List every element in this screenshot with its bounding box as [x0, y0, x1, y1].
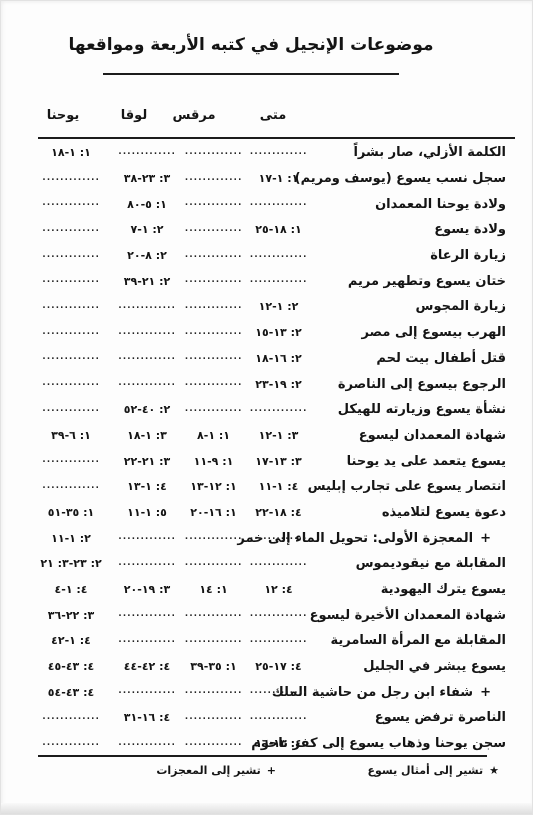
empty-leader: ................. — [185, 712, 243, 724]
mark-cell: ................. — [181, 198, 246, 210]
scripture-reference: ٤: ١-١٣ — [127, 480, 167, 493]
scripture-reference: ٢: ٨-٢٠ — [127, 249, 167, 262]
topic-label: انتصار يسوع على تجارب إبليس — [308, 479, 506, 494]
empty-leader: ................. — [185, 173, 243, 185]
john-cell: ................. — [29, 250, 113, 262]
topic-label: سجل نسب يسوع (يوسف ومريم) — [295, 171, 506, 186]
scripture-reference: ٣: ١٩-٢٠ — [124, 583, 170, 596]
topic-cell: ولادة يوحنا المعمدان — [311, 197, 506, 212]
empty-leader: ................. — [250, 198, 308, 210]
scripture-reference: ٢: ١-٧ — [131, 223, 164, 236]
matthew-cell: ٤: ١٢ — [246, 583, 311, 596]
luke-cell: ٥: ١-١١ — [113, 506, 181, 519]
matthew-cell: ١: ١-١٧ — [246, 172, 311, 185]
scripture-reference: ١: ١٨-٢٥ — [255, 223, 301, 236]
topic-label: يسوع يتعمد على يد يوحنا — [347, 454, 506, 469]
empty-leader: ................. — [42, 327, 100, 339]
scripture-reference: ٢: ١-١٢ — [259, 300, 299, 313]
john-cell: ................. — [29, 455, 113, 467]
scripture-reference: ٣: ٢٢-٣٦ — [48, 609, 94, 622]
table-row: + شفاء ابن رجل من حاشية الملك ..........… — [29, 679, 506, 705]
scripture-reference: ٤: ١-٤ — [55, 583, 88, 596]
john-cell: ................. — [29, 198, 113, 210]
scripture-reference: ٢: ٢١-٣٩ — [124, 275, 170, 288]
john-cell: ٢: ٢٣-٣: ٢١ — [29, 557, 113, 570]
table-row: ولادة يسوع ١: ١٨-٢٥ ................. ٢:… — [29, 217, 506, 243]
scan-edge-shadow — [1, 803, 532, 814]
table-row: ولادة يوحنا المعمدان ................. .… — [29, 191, 506, 217]
table-top-rule — [38, 137, 515, 139]
column-header-matthew: متى — [260, 108, 287, 123]
topic-label: الناصرة ترفض يسوع — [375, 710, 506, 725]
scripture-reference: ٤: ١٢ — [264, 583, 292, 596]
empty-leader: ................. — [42, 481, 100, 493]
topic-label: قتل أطفال بيت لحم — [376, 351, 506, 366]
matthew-cell: ................. — [246, 275, 311, 287]
empty-leader: ................. — [250, 250, 308, 262]
topic-cell: شهادة المعمدان ليسوع — [311, 428, 506, 443]
topic-label: المقابلة مع المرأة السامرية — [331, 633, 507, 648]
mark-cell: ١: ١-٨ — [181, 429, 246, 442]
empty-leader: ................. — [185, 532, 243, 544]
table-row: + المعجزة الأولى: تحويل الماء إلى خمر ..… — [29, 525, 506, 551]
scripture-reference: ٢: ١-١١ — [51, 532, 91, 545]
table-row: سجن يوحنا وذهاب يسوع إلى كفر ناحوم ٤: ١٣… — [29, 731, 506, 757]
table-row: المقابلة مع المرأة السامرية ............… — [29, 628, 506, 654]
star-icon: ★ — [489, 764, 499, 777]
mark-cell: ................. — [181, 712, 246, 724]
john-cell: ................. — [29, 404, 113, 416]
luke-cell: ٢: ٨-٢٠ — [113, 249, 181, 262]
scripture-reference: ٣: ٢٣-٣٨ — [124, 172, 170, 185]
john-cell: ................. — [29, 173, 113, 185]
john-cell: ١: ١-١٨ — [29, 146, 113, 159]
john-cell: ٣: ٢٢-٣٦ — [29, 609, 113, 622]
scripture-reference: ٤: ٤٣-٥٤ — [48, 686, 94, 699]
scripture-reference: ٢: ٤٠-٥٢ — [124, 403, 170, 416]
mark-cell: ................. — [181, 558, 246, 570]
table-row: شهادة المعمدان الأخيرة ليسوع ...........… — [29, 602, 506, 628]
topic-label: نشأة يسوع وزيارته للهيكل — [338, 402, 506, 417]
empty-leader: ................. — [118, 327, 176, 339]
topic-cell: يسوع يترك اليهودية — [311, 582, 506, 597]
topic-cell: قتل أطفال بيت لحم — [311, 351, 506, 366]
john-cell: ٤: ١-٤ — [29, 583, 113, 596]
john-cell: ٢: ١-١١ — [29, 532, 113, 545]
matthew-cell: ٤: ١٨-٢٢ — [246, 506, 311, 519]
empty-leader: ................. — [42, 378, 100, 390]
table-row: دعوة يسوع لتلاميذه ٤: ١٨-٢٢ ١: ١٦-٢٠ ٥: … — [29, 500, 506, 526]
empty-leader: ................. — [185, 404, 243, 416]
luke-cell: ٣: ١-١٨ — [113, 429, 181, 442]
topic-cell: سجن يوحنا وذهاب يسوع إلى كفر ناحوم — [311, 736, 506, 751]
empty-leader: ................. — [250, 558, 308, 570]
luke-cell: ................. — [113, 738, 181, 750]
empty-leader: ................. — [42, 455, 100, 467]
table-row: زيارة الرعاة ................. .........… — [29, 243, 506, 269]
topic-cell: + المعجزة الأولى: تحويل الماء إلى خمر — [311, 531, 506, 546]
topic-cell: الكلمة الأزلي، صار بشراً — [311, 145, 506, 160]
scripture-reference: ٤: ١٨-٢٢ — [255, 506, 301, 519]
table-row: يسوع يتعمد على يد يوحنا ٣: ١٣-١٧ ١: ٩-١١… — [29, 448, 506, 474]
luke-cell: ................. — [113, 352, 181, 364]
luke-cell: ٤: ٤٢-٤٤ — [113, 660, 181, 673]
topic-cell: المقابلة مع نيقوديموس — [311, 556, 506, 571]
scripture-reference: ٤: ١٧-٢٥ — [255, 660, 301, 673]
luke-cell: ٣: ١٩-٢٠ — [113, 583, 181, 596]
matthew-cell: ٣: ١-١٢ — [246, 429, 311, 442]
table-row: نشأة يسوع وزيارته للهيكل ...............… — [29, 397, 506, 423]
scripture-reference: ٣: ١-١٢ — [259, 429, 299, 442]
scripture-reference: ١: ١-٨ — [197, 429, 230, 442]
luke-cell: ٣: ٢١-٢٢ — [113, 455, 181, 468]
mark-cell: ................. — [181, 378, 246, 390]
table-row: يسوع يبشر في الجليل ٤: ١٧-٢٥ ١: ٣٥-٣٩ ٤:… — [29, 654, 506, 680]
gospel-topics-table: الكلمة الأزلي، صار بشراً ...............… — [29, 140, 506, 757]
column-header-john: يوحنا — [47, 108, 80, 123]
mark-cell: ................. — [181, 275, 246, 287]
scripture-reference: ١: ١-١٨ — [51, 146, 91, 159]
empty-leader: ................. — [185, 147, 243, 159]
luke-cell: ................. — [113, 609, 181, 621]
empty-leader: ................. — [42, 198, 100, 210]
scripture-reference: ٢: ٢٣-٣: ٢١ — [40, 557, 101, 570]
empty-leader: ................. — [250, 609, 308, 621]
scripture-reference: ٢: ١٦-١٨ — [255, 352, 301, 365]
luke-cell: ٢: ١-٧ — [113, 223, 181, 236]
scripture-reference: ٢: ١٣-١٥ — [255, 326, 301, 339]
footnote-parables-text: تشير إلى أمثال يسوع — [367, 764, 483, 777]
mark-cell: ................. — [181, 173, 246, 185]
john-cell: ................. — [29, 327, 113, 339]
topic-label: الهرب بيسوع إلى مصر — [361, 325, 506, 340]
john-cell: ٤: ١-٤٢ — [29, 634, 113, 647]
scripture-reference: ٤: ١-١١ — [259, 480, 299, 493]
matthew-cell: ................. — [246, 712, 311, 724]
scripture-reference: ١: ٣٥-٥١ — [48, 506, 94, 519]
scripture-reference: ٥: ١-١١ — [127, 506, 167, 519]
topic-cell: الناصرة ترفض يسوع — [311, 710, 506, 725]
matthew-cell: ................. — [246, 250, 311, 262]
empty-leader: ................. — [185, 275, 243, 287]
scripture-reference: ١: ٣٥-٣٩ — [190, 660, 236, 673]
matthew-cell: ٢: ١٩-٢٣ — [246, 378, 311, 391]
luke-cell: ................. — [113, 327, 181, 339]
matthew-cell: ٤: ١٧-٢٥ — [246, 660, 311, 673]
john-cell: ................. — [29, 378, 113, 390]
column-header-luke: لوقا — [121, 108, 147, 123]
luke-cell: ٢: ٤٠-٥٢ — [113, 403, 181, 416]
empty-leader: ................. — [118, 532, 176, 544]
matthew-cell: ................. — [246, 147, 311, 159]
mark-cell: ................. — [181, 301, 246, 313]
topic-cell: الرجوع بيسوع إلى الناصرة — [311, 377, 506, 392]
empty-leader: ................. — [185, 609, 243, 621]
scripture-reference: ١: ١-١٧ — [259, 172, 299, 185]
footnote-miracles: +تشير إلى المعجزات — [156, 764, 276, 777]
matthew-cell: ................. — [246, 635, 311, 647]
mark-cell: ١: ٩-١١ — [181, 455, 246, 468]
topic-cell: انتصار يسوع على تجارب إبليس — [311, 479, 506, 494]
topic-label: شهادة المعمدان الأخيرة ليسوع — [310, 608, 506, 623]
matthew-cell: ٢: ١-١٢ — [246, 300, 311, 313]
page-title: موضوعات الإنجيل في كتبه الأربعة ومواقعها — [1, 35, 501, 55]
matthew-cell: ٤: ١٣-١٦ — [246, 737, 311, 750]
scripture-reference: ٣: ١٣-١٧ — [255, 455, 301, 468]
table-row: قتل أطفال بيت لحم ٢: ١٦-١٨ .............… — [29, 346, 506, 372]
empty-leader: ................. — [250, 404, 308, 416]
column-header-mark: مرقس — [172, 108, 215, 123]
empty-leader: ................. — [250, 712, 308, 724]
mark-cell: ................. — [181, 686, 246, 698]
empty-leader: ................. — [42, 404, 100, 416]
topic-cell: سجل نسب يسوع (يوسف ومريم) — [311, 171, 506, 186]
empty-leader: ................. — [185, 378, 243, 390]
luke-cell: ٤: ١٦-٣١ — [113, 711, 181, 724]
topic-label: زيارة الرعاة — [430, 248, 506, 263]
matthew-cell: ٤: ١-١١ — [246, 480, 311, 493]
empty-leader: ................. — [185, 558, 243, 570]
mark-cell: ................. — [181, 224, 246, 236]
topic-cell: ختان يسوع وتطهير مريم — [311, 274, 506, 289]
mark-cell: ................. — [181, 635, 246, 647]
empty-leader: ................. — [42, 275, 100, 287]
topic-cell: يسوع يبشر في الجليل — [311, 659, 506, 674]
scripture-reference: ٤: ١٣-١٦ — [255, 737, 301, 750]
john-cell: ................. — [29, 738, 113, 750]
scripture-reference: ٤: ١٦-٣١ — [124, 711, 170, 724]
topic-label: شهادة المعمدان ليسوع — [359, 428, 506, 443]
miracle-marker: + — [480, 531, 491, 546]
empty-leader: ................. — [250, 532, 308, 544]
scripture-reference: ٢: ١٩-٢٣ — [255, 378, 301, 391]
topic-cell: زيارة المجوس — [311, 299, 506, 314]
luke-cell: ٤: ١-١٣ — [113, 480, 181, 493]
table-row: الناصرة ترفض يسوع ................. ....… — [29, 705, 506, 731]
mark-cell: ١: ١٢-١٣ — [181, 480, 246, 493]
empty-leader: ................. — [250, 686, 308, 698]
mark-cell: ................. — [181, 404, 246, 416]
topic-label: الرجوع بيسوع إلى الناصرة — [338, 377, 506, 392]
john-cell: ................. — [29, 301, 113, 313]
matthew-cell: ١: ١٨-٢٥ — [246, 223, 311, 236]
empty-leader: ................. — [118, 301, 176, 313]
empty-leader: ................. — [185, 352, 243, 364]
empty-leader: ................. — [185, 686, 243, 698]
mark-cell: ................. — [181, 532, 246, 544]
mark-cell: ١: ١٤ — [181, 583, 246, 596]
topic-label: دعوة يسوع لتلاميذه — [382, 505, 506, 520]
empty-leader: ................. — [118, 352, 176, 364]
empty-leader: ................. — [42, 173, 100, 185]
miracle-marker: + — [480, 685, 491, 700]
matthew-cell: ٢: ١٣-١٥ — [246, 326, 311, 339]
empty-leader: ................. — [42, 250, 100, 262]
matthew-cell: ................. — [246, 532, 311, 544]
mark-cell: ................. — [181, 609, 246, 621]
empty-leader: ................. — [250, 275, 308, 287]
table-row: الهرب بيسوع إلى مصر ٢: ١٣-١٥ ...........… — [29, 320, 506, 346]
topic-cell: زيارة الرعاة — [311, 248, 506, 263]
luke-cell: ١: ٥-٨٠ — [113, 198, 181, 211]
scripture-reference: ١: ١٢-١٣ — [190, 480, 236, 493]
matthew-cell: ................. — [246, 686, 311, 698]
topic-label: الكلمة الأزلي، صار بشراً — [353, 145, 506, 160]
topic-cell: + شفاء ابن رجل من حاشية الملك — [311, 685, 506, 700]
empty-leader: ................. — [42, 738, 100, 750]
empty-leader: ................. — [118, 609, 176, 621]
topic-label: المقابلة مع نيقوديموس — [356, 556, 506, 571]
table-row: المقابلة مع نيقوديموس ................. … — [29, 551, 506, 577]
footnote-parables: ★تشير إلى أمثال يسوع — [367, 764, 499, 777]
topic-cell: المقابلة مع المرأة السامرية — [311, 633, 506, 648]
scripture-reference: ١: ٩-١١ — [194, 455, 234, 468]
scripture-reference: ٤: ١-٤٢ — [51, 634, 91, 647]
table-row: سجل نسب يسوع (يوسف ومريم) ١: ١-١٧ ......… — [29, 166, 506, 192]
topic-cell: يسوع يتعمد على يد يوحنا — [311, 454, 506, 469]
topic-label: ختان يسوع وتطهير مريم — [348, 274, 506, 289]
topic-cell: شهادة المعمدان الأخيرة ليسوع — [311, 608, 506, 623]
scripture-reference: ٣: ٢١-٢٢ — [124, 455, 170, 468]
empty-leader: ................. — [185, 635, 243, 647]
topic-label: يسوع يبشر في الجليل — [363, 659, 506, 674]
luke-cell: ................. — [113, 635, 181, 647]
title-underline — [103, 73, 399, 75]
empty-leader: ................. — [118, 738, 176, 750]
luke-cell: ................. — [113, 378, 181, 390]
empty-leader: ................. — [42, 352, 100, 364]
mark-cell: ................. — [181, 327, 246, 339]
luke-cell: ................. — [113, 686, 181, 698]
matthew-cell: ................. — [246, 198, 311, 210]
mark-cell: ١: ١٦-٢٠ — [181, 506, 246, 519]
empty-leader: ................. — [185, 250, 243, 262]
scripture-reference: ١: ١٤ — [199, 583, 227, 596]
luke-cell: ................. — [113, 301, 181, 313]
topic-cell: الهرب بيسوع إلى مصر — [311, 325, 506, 340]
plus-icon: + — [267, 764, 276, 777]
john-cell: ٤: ٤٣-٥٤ — [29, 686, 113, 699]
matthew-cell: ................. — [246, 609, 311, 621]
topic-label: ولادة يوحنا المعمدان — [375, 197, 506, 212]
luke-cell: ................. — [113, 147, 181, 159]
table-row: انتصار يسوع على تجارب إبليس ٤: ١-١١ ١: ١… — [29, 474, 506, 500]
empty-leader: ................. — [185, 738, 243, 750]
empty-leader: ................. — [185, 327, 243, 339]
topic-cell: نشأة يسوع وزيارته للهيكل — [311, 402, 506, 417]
john-cell: ................. — [29, 224, 113, 236]
john-cell: ................. — [29, 712, 113, 724]
empty-leader: ................. — [118, 558, 176, 570]
table-row: شهادة المعمدان ليسوع ٣: ١-١٢ ١: ١-٨ ٣: ١… — [29, 423, 506, 449]
empty-leader: ................. — [185, 198, 243, 210]
matthew-cell: ................. — [246, 404, 311, 416]
empty-leader: ................. — [118, 635, 176, 647]
table-row: ختان يسوع وتطهير مريم ................. … — [29, 268, 506, 294]
scripture-reference: ٤: ٤٣-٤٥ — [48, 660, 94, 673]
scanned-page: موضوعات الإنجيل في كتبه الأربعة ومواقعها… — [0, 0, 533, 815]
table-row: الرجوع بيسوع إلى الناصرة ٢: ١٩-٢٣ ......… — [29, 371, 506, 397]
scripture-reference: ١: ١٦-٢٠ — [190, 506, 236, 519]
mark-cell: ١: ٣٥-٣٩ — [181, 660, 246, 673]
empty-leader: ................. — [42, 224, 100, 236]
table-bottom-rule — [38, 755, 487, 757]
luke-cell: ................. — [113, 558, 181, 570]
scripture-reference: ١: ٥-٨٠ — [127, 198, 167, 211]
table-row: يسوع يترك اليهودية ٤: ١٢ ١: ١٤ ٣: ١٩-٢٠ … — [29, 577, 506, 603]
topic-cell: ولادة يسوع — [311, 222, 506, 237]
footnote-miracles-text: تشير إلى المعجزات — [156, 764, 260, 777]
scripture-reference: ١: ٦-٣٩ — [51, 429, 91, 442]
empty-leader: ................. — [118, 378, 176, 390]
table-row: زيارة المجوس ٢: ١-١٢ ................. .… — [29, 294, 506, 320]
empty-leader: ................. — [250, 147, 308, 159]
john-cell: ................. — [29, 352, 113, 364]
topic-label: زيارة المجوس — [416, 299, 506, 314]
luke-cell: ................. — [113, 532, 181, 544]
mark-cell: ................. — [181, 738, 246, 750]
matthew-cell: ٢: ١٦-١٨ — [246, 352, 311, 365]
john-cell: ................. — [29, 481, 113, 493]
mark-cell: ................. — [181, 352, 246, 364]
empty-leader: ................. — [250, 635, 308, 647]
john-cell: ٤: ٤٣-٤٥ — [29, 660, 113, 673]
luke-cell: ٣: ٢٣-٣٨ — [113, 172, 181, 185]
mark-cell: ................. — [181, 250, 246, 262]
luke-cell: ٢: ٢١-٣٩ — [113, 275, 181, 288]
empty-leader: ................. — [185, 224, 243, 236]
john-cell: ١: ٣٥-٥١ — [29, 506, 113, 519]
scripture-reference: ٣: ١-١٨ — [127, 429, 167, 442]
empty-leader: ................. — [42, 301, 100, 313]
empty-leader: ................. — [185, 301, 243, 313]
john-cell: ................. — [29, 275, 113, 287]
empty-leader: ................. — [42, 712, 100, 724]
matthew-cell: ................. — [246, 558, 311, 570]
empty-leader: ................. — [118, 147, 176, 159]
topic-label: يسوع يترك اليهودية — [381, 582, 506, 597]
john-cell: ١: ٦-٣٩ — [29, 429, 113, 442]
empty-leader: ................. — [118, 686, 176, 698]
mark-cell: ................. — [181, 147, 246, 159]
table-row: الكلمة الأزلي، صار بشراً ...............… — [29, 140, 506, 166]
topic-label: ولادة يسوع — [434, 222, 506, 237]
topic-cell: دعوة يسوع لتلاميذه — [311, 505, 506, 520]
scripture-reference: ٤: ٤٢-٤٤ — [124, 660, 170, 673]
matthew-cell: ٣: ١٣-١٧ — [246, 455, 311, 468]
